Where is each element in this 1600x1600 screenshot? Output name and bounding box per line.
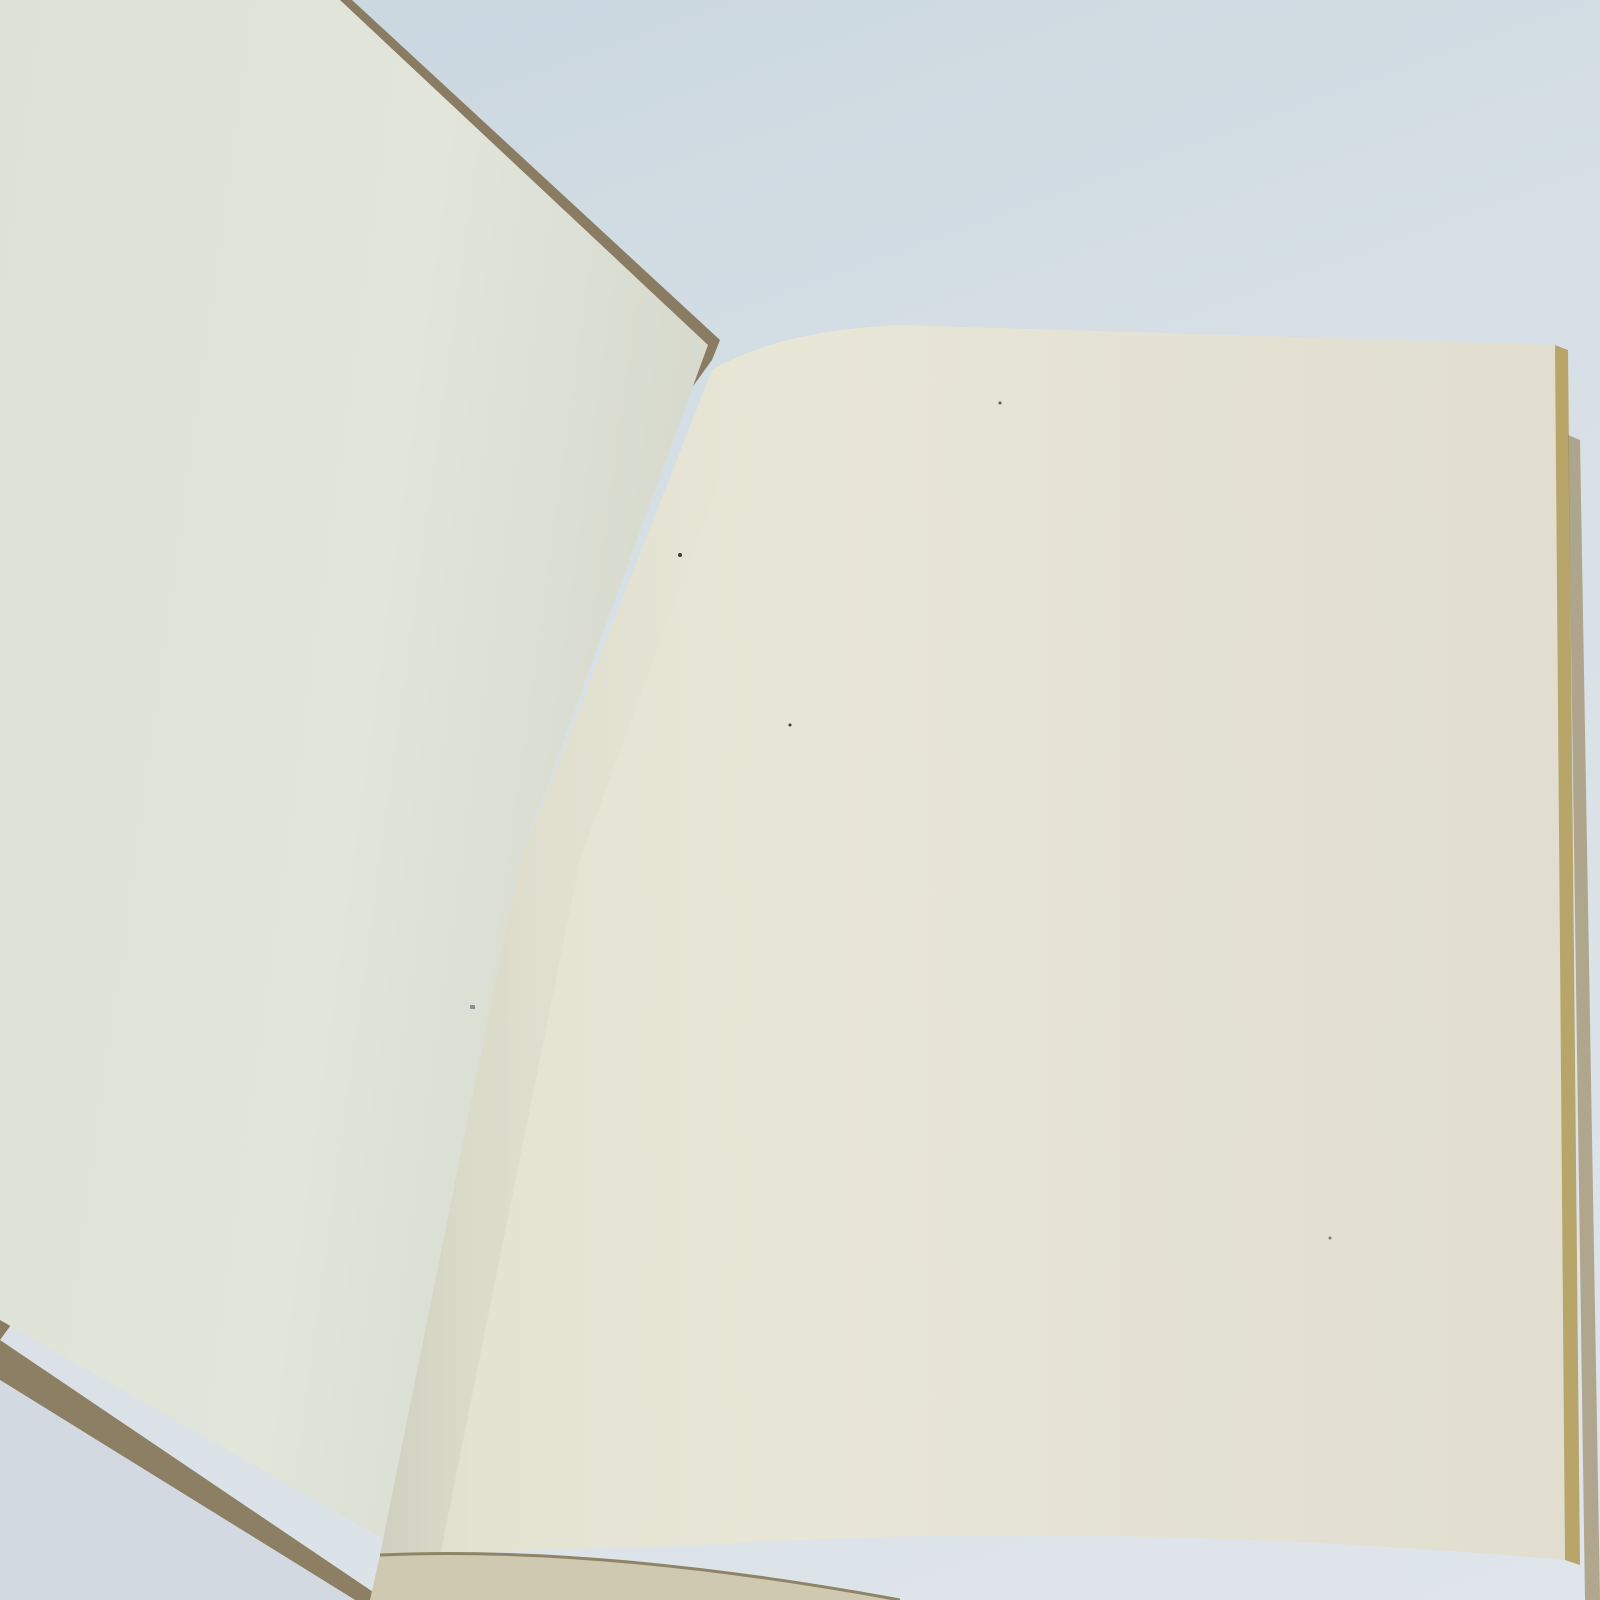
- paper-speck: [999, 402, 1002, 405]
- paper-speck: [1329, 1237, 1332, 1240]
- bottom-page-curl: [370, 1553, 900, 1600]
- paper-speck: [470, 1005, 475, 1009]
- paper-speck: [789, 724, 792, 727]
- open-book: [0, 0, 1600, 1600]
- photo-scene: [0, 0, 1600, 1600]
- paper-speck: [678, 553, 682, 557]
